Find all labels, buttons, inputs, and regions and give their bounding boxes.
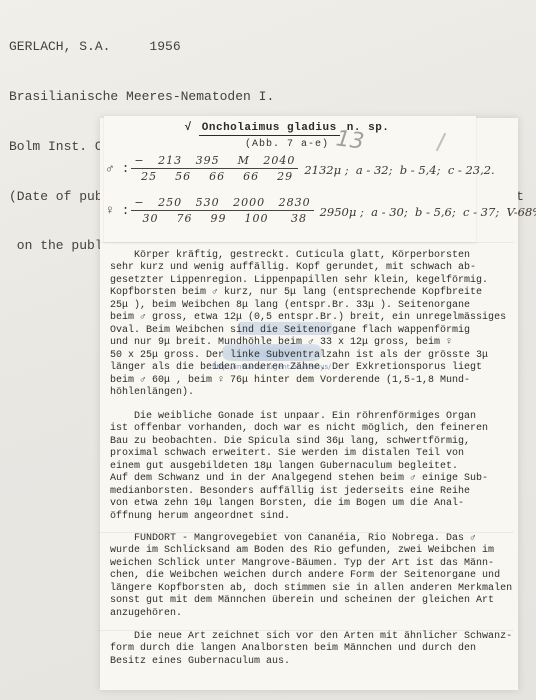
text-line: einem gut ausgebildeten 18μ langen Guber… [110, 461, 488, 473]
scanned-page: √ Oncholaimus gladius n. sp. (Abb. 7 a-e… [96, 92, 522, 694]
formula-numerator: − 213 395 M 2040 [131, 154, 298, 169]
checkmark-icon: √ [185, 122, 199, 134]
text-line: von etwa zehn 10μ langen Borsten, die im… [110, 498, 488, 510]
formula-numerator: − 250 530 2000 2830 [131, 196, 313, 211]
text-line: form durch die langen Analborsten beim M… [110, 643, 512, 655]
description-paragraph: Körper kräftig, gestreckt. Cuticula glat… [110, 250, 506, 399]
text-line: wurde im Schlicksand am Boden des Rio ge… [110, 545, 512, 557]
handwritten-number: 13 [335, 126, 366, 154]
male-demanian-formula: − 213 395 M 2040 25 56 66 66 29 [131, 154, 298, 183]
text-line: anzugehören. [110, 608, 512, 620]
text-line: längere Kopfborsten ab, doch stimmen sie… [110, 583, 512, 595]
text-line: Besitz eines Gubernaculum aus. [110, 656, 512, 668]
text-line: gesetzter Lippenregion. Lippenpapillen s… [110, 275, 506, 287]
text-line: 25μ ), beim Weibchen 8μ lang (entspr.Br.… [110, 300, 506, 312]
female-indices: 2950μ ; a - 30; b - 5,6; c - 37; V-68%. [320, 205, 536, 219]
author-year-line: GERLACH, S.A. 1956 [9, 39, 524, 56]
text-line: beim ♂ gross, etwa 12μ (0,5 entspr.Br.) … [110, 312, 506, 324]
paper-seam [98, 242, 514, 243]
male-symbol: ♂ : [106, 161, 129, 176]
female-demanian-formula: − 250 530 2000 2830 30 76 99 100 38 [131, 196, 313, 225]
species-name: Oncholaimus gladius [199, 122, 340, 136]
text-line: Kopfborsten beim ♂ kurz, nur 5μ lang (en… [110, 287, 506, 299]
scanned-document-page: { "header": { "line1": "GERLACH, S.A. 19… [0, 0, 536, 700]
text-line: FUNDORT - Mangrovegebiet von Cananéia, R… [110, 533, 512, 545]
text-line: höhlenlängen). [110, 387, 506, 399]
text-line: ist offenbar vorhanden, doch war es nich… [110, 423, 488, 435]
female-symbol: ♀ : [106, 203, 129, 218]
text-line: und nur 9μ breit. Mundhöhle beim ♂ 33 x … [110, 337, 506, 349]
female-measurements: ♀ : − 250 530 2000 2830 30 76 99 100 38 … [106, 196, 536, 225]
text-line: beim ♂ 60μ , beim ♀ 76μ hinter dem Vorde… [110, 375, 506, 387]
text-line: sonst gut mit dem Männchen überein und s… [110, 595, 512, 607]
diagnosis-paragraph: Die neue Art zeichnet sich vor den Arten… [110, 631, 512, 668]
text-line: sehr kurz und wenig auffällig. Kopf geru… [110, 262, 506, 274]
text-line: weichen Schlick unter Mangrove-Bäumen. T… [110, 558, 512, 570]
male-measurements: ♂ : − 213 395 M 2040 25 56 66 66 29 2132… [106, 154, 495, 183]
watermark-url: http://intramar.ugent.be/nemys/ [212, 363, 331, 371]
text-line: Die neue Art zeichnet sich vor den Arten… [110, 631, 512, 643]
gonad-spicula-paragraph: Die weibliche Gonade ist unpaar. Ein röh… [110, 411, 488, 523]
text-line: chen, die Weibchen weichen durch andere … [110, 570, 512, 582]
male-indices: 2132μ ; a - 32; b - 5,4; c - 23,2. [304, 163, 494, 177]
fundort-paragraph: FUNDORT - Mangrovegebiet von Cananéia, R… [110, 533, 512, 620]
text-line: öffnung herum angeordnet sind. [110, 511, 488, 523]
text-line: Bau zu beobachten. Die Spicula sind 36μ … [110, 436, 488, 448]
text-line: Oval. Beim Weibchen sind die Seitenorgan… [110, 325, 506, 337]
text-line: Auf dem Schwanz und in der Analgegend st… [110, 473, 488, 485]
text-line: Die weibliche Gonade ist unpaar. Ein röh… [110, 411, 488, 423]
species-title: √ Oncholaimus gladius n. sp. [96, 122, 478, 134]
text-line: proximal schwach erweitert. Sie werden i… [110, 448, 488, 460]
text-line: Körper kräftig, gestreckt. Cuticula glat… [110, 250, 506, 262]
formula-denominator: 30 76 99 100 38 [131, 211, 313, 225]
figure-reference: (Abb. 7 a-e) [96, 139, 478, 150]
text-line: 50 x 25μ gross. Der linke Subventralzahn… [110, 350, 506, 362]
formula-denominator: 25 56 66 66 29 [131, 169, 298, 183]
text-line: medianborsten. Besonders auffällig ist j… [110, 486, 488, 498]
